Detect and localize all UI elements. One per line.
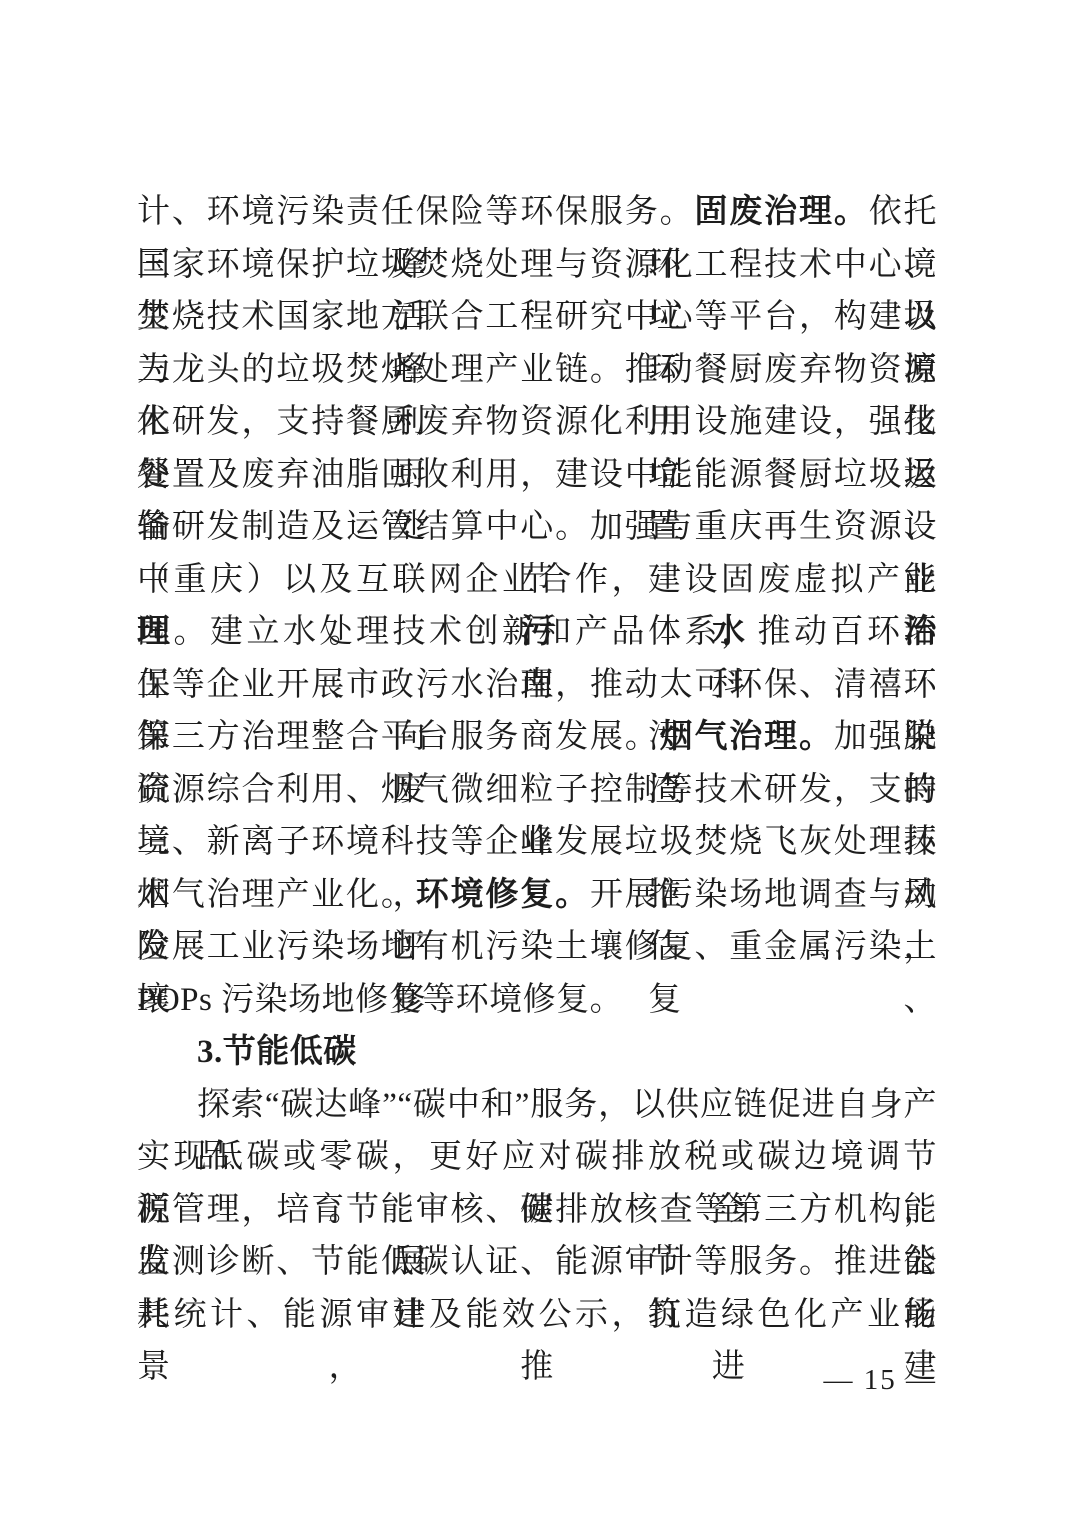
bold-text-segment: 3.节能低碳 xyxy=(197,1034,357,1070)
section-heading: 3.节能低碳 xyxy=(137,1026,937,1079)
text-line: 理。建立水处理技术创新和产品体系，推动百环环保、南科环 xyxy=(137,606,937,659)
text-segment: 第三方治理整合平台服务商发展。 xyxy=(137,719,660,755)
page-number: — 15 — xyxy=(824,1362,938,1398)
bold-text-segment: 环境修复。 xyxy=(416,877,590,913)
text-segment: 计、环境污染责任保险等环保服务。 xyxy=(137,194,694,230)
text-line: 资源综合利用、烟气微细粒子控制等技术研发，支持三峰环 xyxy=(137,764,937,817)
text-line: 第三方治理整合平台服务商发展。烟气治理。加强脱硫废渣的 xyxy=(137,711,937,764)
text-line: 耗统计、能源审计及能效公示，打造绿色化产业场景，推进建 xyxy=(137,1289,937,1342)
text-line: 备研发制造及运管结算中心。加强与重庆再生资源、中节能 xyxy=(137,501,937,554)
bold-text-segment: 理 xyxy=(137,614,174,650)
text-line: 为龙头的垃圾焚烧处理产业链。推动餐厨废弃物资源化利用技 xyxy=(137,344,937,397)
text-segment: POPs 污染场地修复等环境修复。 xyxy=(137,982,623,1018)
text-segment: 烟气治理产业化。 xyxy=(137,877,416,913)
text-line: 处置及废弃油脂回收利用，建设中能能源餐厨垃圾运输处置设 xyxy=(137,449,937,502)
text-segment: 耗统计、能源审计及能效公示，打造绿色化产业场景，推进建 xyxy=(137,1297,937,1386)
text-line: 发展工业污染场地有机污染土壤修复、重金属污染土壤修复、 xyxy=(137,921,937,974)
document-page: 计、环境污染责任保险等环保服务。固废治理。依托三峰环境国家环境保护垃圾焚烧处理与… xyxy=(0,0,1074,1520)
text-line: 工等企业开展市政污水治理，推动太可环保、清禧环保向污染 xyxy=(137,659,937,712)
text-line: 计、环境污染责任保险等环保服务。固废治理。依托三峰环境 xyxy=(137,186,937,239)
text-line: 探索“碳达峰”“碳中和”服务，以供应链促进自身产品 xyxy=(137,1079,937,1132)
text-line: 监测诊断、节能低碳认证、能源审计等服务。推进公共建筑能 xyxy=(137,1236,937,1289)
bold-text-segment: 固废治理。 xyxy=(694,194,868,230)
text-line: （重庆）以及互联网企业合作，建设固废虚拟产业园。污水治 xyxy=(137,554,937,607)
text-line: 术研发，支持餐厨废弃物资源化利用设施建设，强化餐厨垃圾 xyxy=(137,396,937,449)
document-body: 计、环境污染责任保险等环保服务。固废治理。依托三峰环境国家环境保护垃圾焚烧处理与… xyxy=(137,186,937,1341)
text-line: 烟气治理产业化。环境修复。开展污染场地调查与风险评估， xyxy=(137,869,937,922)
text-line: 源管理，培育节能审核、碳排放核查等第三方机构，发展节能 xyxy=(137,1184,937,1237)
text-line: 焚烧技术国家地方联合工程研究中心等平台，构建以三峰环境 xyxy=(137,291,937,344)
text-line: 境、新离子环境科技等企业发展垃圾焚烧飞灰处理技术，推动 xyxy=(137,816,937,869)
text-line: 国家环境保护垃圾焚烧处理与资源化工程技术中心、生活垃圾 xyxy=(137,239,937,292)
bold-text-segment: 烟气治理。 xyxy=(660,719,834,755)
text-line: 实现低碳或零碳，更好应对碳排放税或碳边境调节税。健全能 xyxy=(137,1131,937,1184)
